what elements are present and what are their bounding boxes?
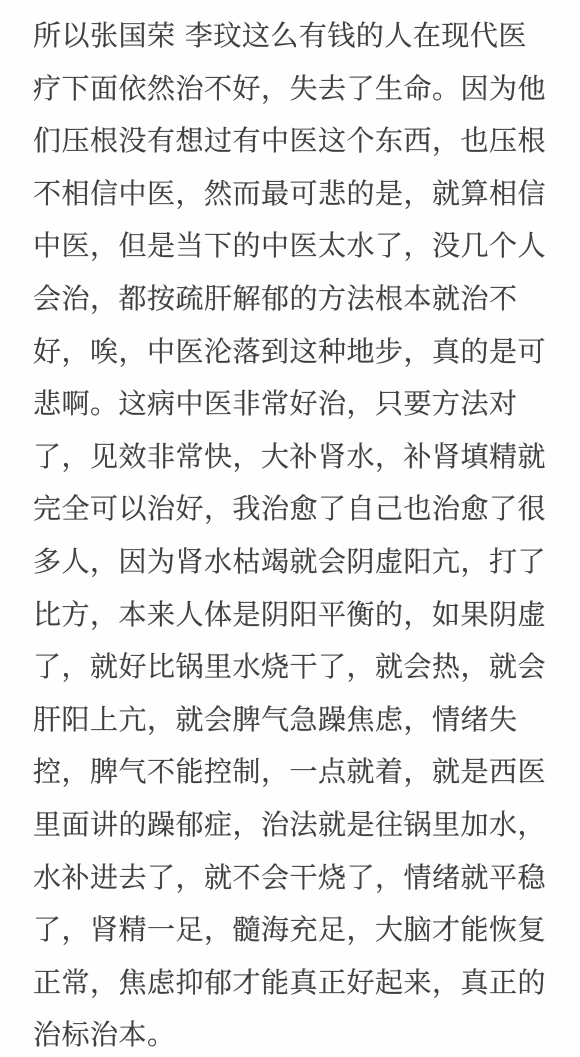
text-line: 疗下面依然治不好，失去了生命。因为他 xyxy=(33,63,550,116)
text-line: 肝阳上亢，就会脾气急躁焦虑，情绪失 xyxy=(33,694,550,747)
text-line: 了，就好比锅里水烧干了，就会热，就会 xyxy=(33,641,550,694)
text-line: 好，唉，中医沦落到这种地步，真的是可 xyxy=(33,326,550,379)
text-line: 会治，都按疏肝解郁的方法根本就治不 xyxy=(33,273,550,326)
text-line: 中医，但是当下的中医太水了，没几个人 xyxy=(33,220,550,273)
text-line: 们压根没有想过有中医这个东西，也压根 xyxy=(33,115,550,168)
text-line: 了，肾精一足，髓海充足，大脑才能恢复 xyxy=(33,904,550,957)
text-line: 水补进去了，就不会干烧了，情绪就平稳 xyxy=(33,852,550,905)
text-line: 了，见效非常快，大补肾水，补肾填精就 xyxy=(33,431,550,484)
text-line: 控，脾气不能控制，一点就着，就是西医 xyxy=(33,746,550,799)
text-line: 不相信中医，然而最可悲的是，就算相信 xyxy=(33,168,550,221)
text-body: 所以张国荣 李玟这么有钱的人在现代医 疗下面依然治不好，失去了生命。因为他 们压… xyxy=(33,10,550,1057)
text-line: 完全可以治好，我治愈了自己也治愈了很 xyxy=(33,483,550,536)
handwritten-note-page: 所以张国荣 李玟这么有钱的人在现代医 疗下面依然治不好，失去了生命。因为他 们压… xyxy=(0,0,580,1057)
text-line: 比方，本来人体是阴阳平衡的，如果阴虚 xyxy=(33,589,550,642)
text-line: 多人，因为肾水枯竭就会阴虚阳亢，打了 xyxy=(33,536,550,589)
text-line: 正常，焦虑抑郁才能真正好起来，真正的 xyxy=(33,957,550,1010)
text-line: 里面讲的躁郁症，治法就是往锅里加水， xyxy=(33,799,550,852)
text-line: 悲啊。这病中医非常好治，只要方法对 xyxy=(33,378,550,431)
text-line: 治标治本。 xyxy=(33,1009,550,1057)
text-line: 所以张国荣 李玟这么有钱的人在现代医 xyxy=(33,10,550,63)
